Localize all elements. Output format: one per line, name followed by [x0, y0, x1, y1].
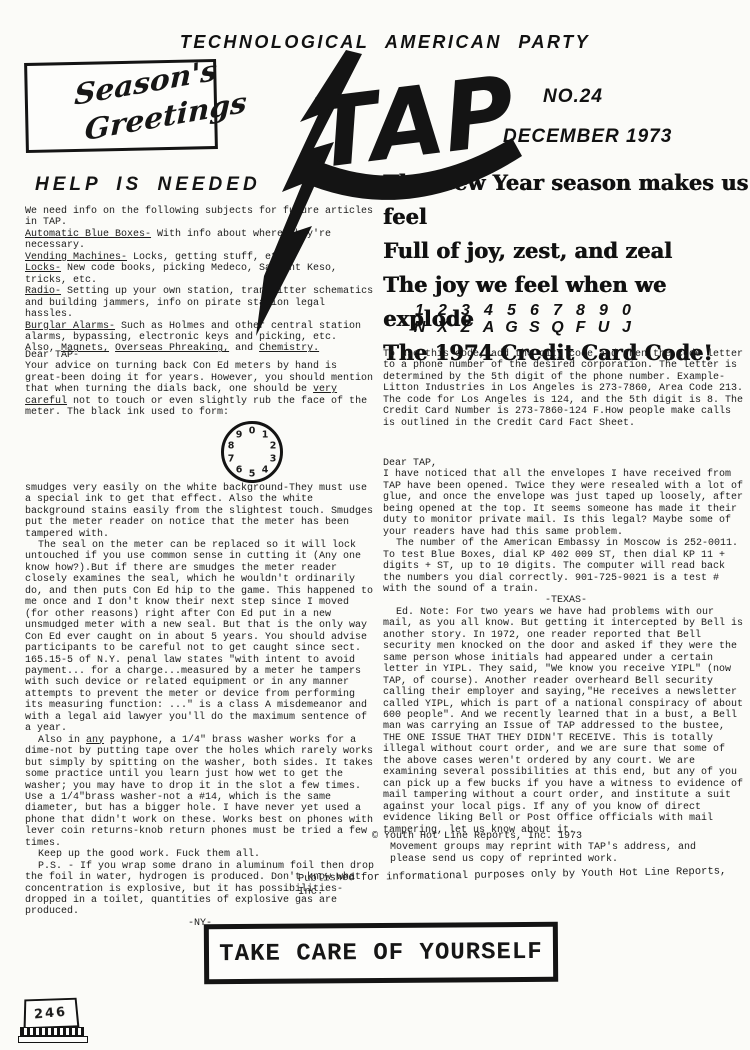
- meter-dial-row: 0 1 2 3 4 5 6 7 8 9: [25, 419, 375, 483]
- letter-ny-para1: Your advice on turning back Con Ed meter…: [25, 361, 375, 418]
- letter-texas-signature: -TEXAS-: [383, 595, 749, 606]
- copyright-notice: © Youth Hot Line Reports, Inc. 1973 Move…: [372, 831, 750, 865]
- dial-number: 5: [249, 468, 256, 479]
- page-number-stamp: 246: [18, 995, 88, 1043]
- letter-texas-para2: The number of the American Embassy in Mo…: [383, 538, 749, 595]
- dial-number: 8: [228, 440, 235, 451]
- code-letter: J: [615, 319, 638, 336]
- copyright-line2: Movement groups may reprint with TAP's a…: [390, 842, 750, 853]
- code-digit: 0: [615, 302, 638, 319]
- dial-number: 3: [270, 453, 277, 464]
- page-number: 246: [34, 1004, 68, 1022]
- dial-number: 4: [262, 464, 269, 475]
- dial-number: 1: [262, 429, 269, 440]
- letter-ny-para4: Also in any payphone, a 1/4" brass washe…: [25, 735, 375, 850]
- editors-note: Ed. Note: For two years we have had prob…: [383, 607, 749, 836]
- letter-ny-signoff: Keep up the good work. Fuck them all.: [25, 849, 375, 860]
- issue-number: NO.24: [543, 86, 603, 108]
- letter-texas-para1: I have noticed that all the envelopes I …: [383, 469, 749, 538]
- copyright-line1: © Youth Hot Line Reports, Inc. 1973: [372, 831, 750, 842]
- dial-number: 6: [236, 464, 243, 475]
- dial-number: 7: [228, 453, 235, 464]
- copyright-line3: please send us copy of reprinted work.: [390, 854, 750, 865]
- letter-ny-para3: The seal on the meter can be replaced so…: [25, 540, 375, 735]
- letter-texas: Dear TAP, I have noticed that all the en…: [383, 458, 749, 836]
- seasons-greetings-box: Season's Greetings: [24, 59, 218, 153]
- letter-texas-salutation: Dear TAP,: [383, 458, 749, 469]
- letter-ny-para2: smudges very easily on the white backgro…: [25, 483, 375, 540]
- typewriter-keys-icon: [20, 1027, 84, 1036]
- code-digit: 8: [569, 302, 592, 319]
- dial-number: 2: [270, 440, 277, 451]
- code-letter: U: [592, 319, 615, 336]
- code-letter: Q: [546, 319, 569, 336]
- dial-number: 0: [249, 425, 256, 436]
- letter-ny: Dear TAP- Your advice on turning back Co…: [25, 350, 375, 929]
- typewriter-base-icon: [18, 1036, 88, 1043]
- tap-logo: TAP: [250, 44, 530, 349]
- code-explanation: To use this code, add the city code and …: [383, 349, 749, 429]
- dial-number: 9: [236, 429, 243, 440]
- code-digit: 7: [546, 302, 569, 319]
- code-letter: F: [569, 319, 592, 336]
- letter-ny-salutation: Dear TAP-: [25, 350, 375, 361]
- take-care-text: TAKE CARE OF YOURSELF: [219, 938, 543, 967]
- meter-dial-drawing: 0 1 2 3 4 5 6 7 8 9: [221, 421, 283, 483]
- newsletter-page: TECHNOLOGICAL AMERICAN PARTY Season's Gr…: [0, 0, 750, 1050]
- typewriter-icon: 246: [24, 998, 80, 1030]
- take-care-box: TAKE CARE OF YOURSELF: [204, 922, 558, 984]
- code-digit: 9: [592, 302, 615, 319]
